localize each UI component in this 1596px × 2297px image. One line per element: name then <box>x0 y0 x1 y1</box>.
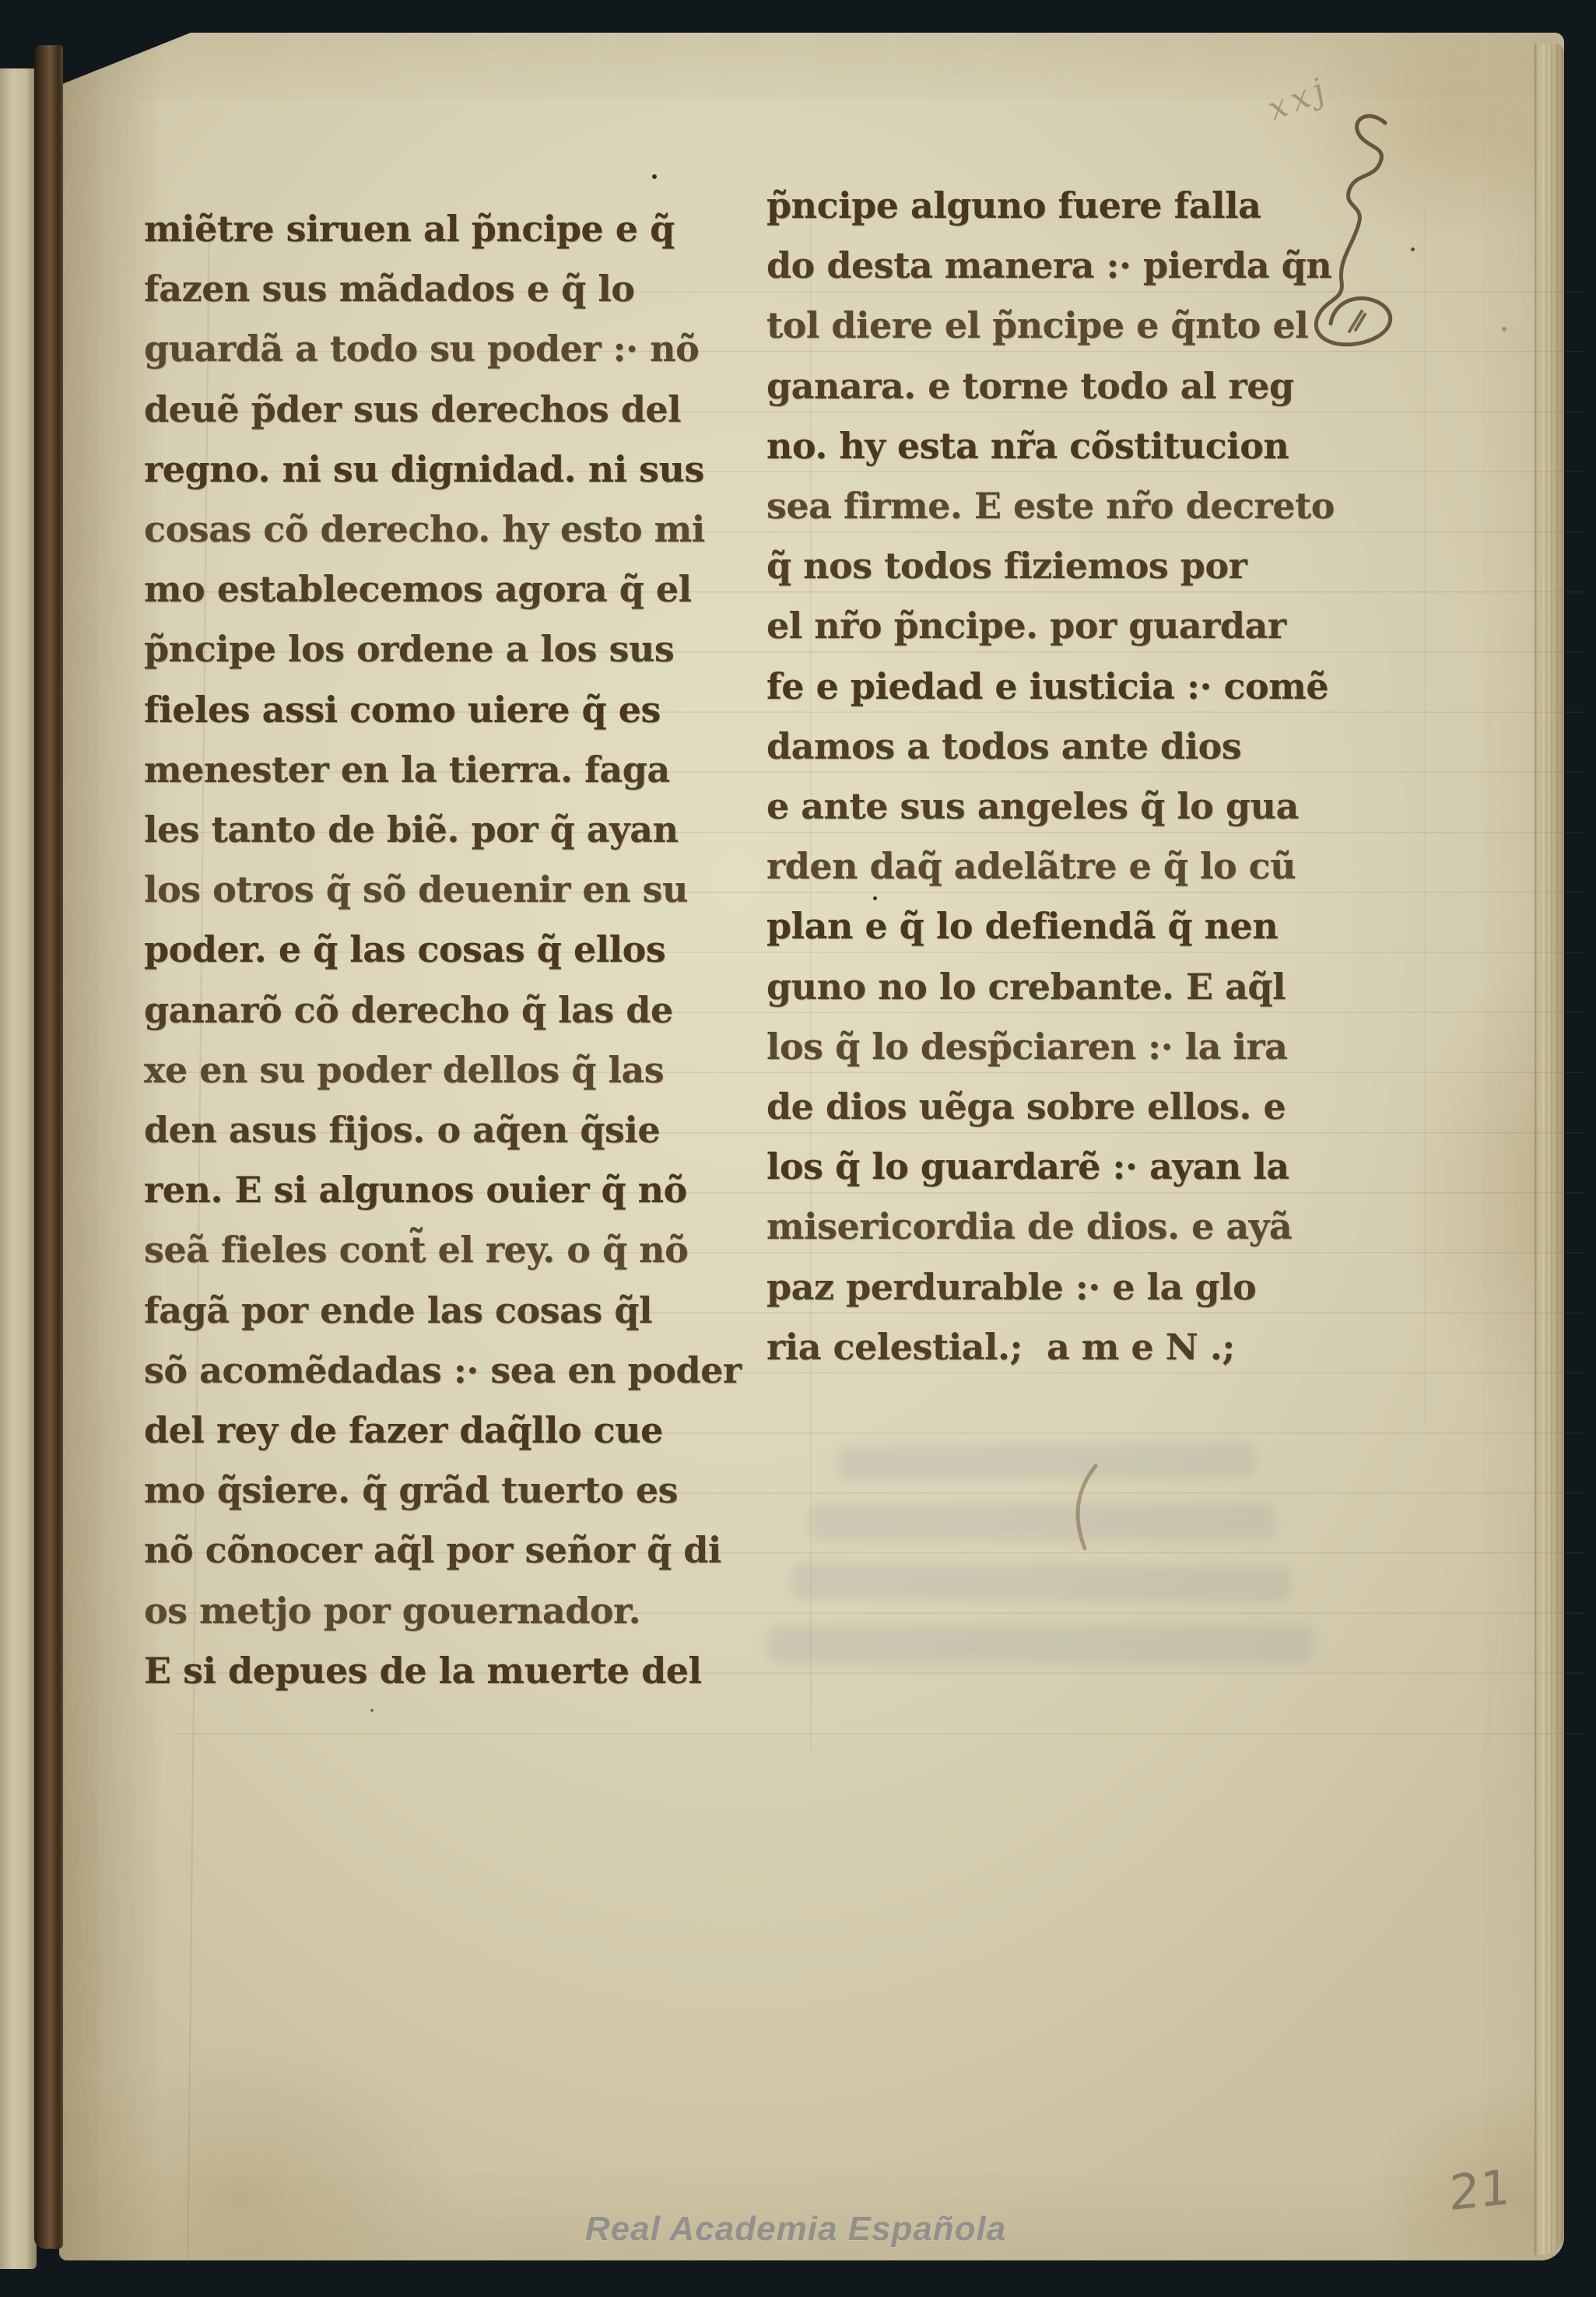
manuscript-line: deuẽ p̃der sus derechos del <box>144 380 712 440</box>
manuscript-line: los q̃ lo guardarẽ :· ayan la <box>766 1137 1366 1197</box>
manuscript-line: ren. E si algunos ouier q̃ nõ <box>144 1160 712 1220</box>
manuscript-line: fagã por ende las cosas q̃l <box>144 1281 712 1341</box>
manuscript-line: regno. ni su dignidad. ni sus <box>144 440 712 500</box>
manuscript-line: damos a todos ante dios <box>766 717 1366 777</box>
manuscript-line: les tanto de biẽ. por q̃ ayan <box>144 800 712 860</box>
manuscript-line: plan e q̃ lo defiendã q̃ nen <box>766 896 1366 956</box>
ruling-vertical-line <box>1424 210 1426 1424</box>
ink-speck <box>873 896 877 900</box>
manuscript-line: rden daq̃ adelãtre e q̃ lo cũ <box>766 836 1366 896</box>
manuscript-line: no. hy esta nr̃a cõstitucion <box>766 416 1366 476</box>
ink-speck <box>370 1709 374 1712</box>
manuscript-line: q̃ nos todos fiziemos por <box>766 536 1366 596</box>
manuscript-line: sea firme. E este nr̃o decreto <box>766 476 1366 536</box>
manuscript-line: seã fieles cont̃ el rey. o q̃ nõ <box>144 1220 712 1280</box>
ink-speck <box>1411 247 1415 251</box>
manuscript-line: del rey de fazer daq̃llo cue <box>144 1401 712 1461</box>
manuscript-line: el nr̃o p̃ncipe. por guardar <box>766 596 1366 656</box>
manuscript-line: os metjo por gouernador. <box>144 1581 712 1641</box>
manuscript-line: xe en su poder dellos q̃ las <box>144 1040 712 1100</box>
manuscript-line: p̃ncipe los ordene a los sus <box>144 619 712 679</box>
notarial-flourish <box>1298 106 1422 363</box>
manuscript-line: ganara. e torne todo al reg <box>766 356 1366 416</box>
showthrough-text <box>766 1625 1315 1664</box>
manuscript-line: menester en la tierra. faga <box>144 740 712 800</box>
institution-watermark: Real Academia Española <box>585 2210 1006 2249</box>
showthrough-text <box>790 1562 1292 1604</box>
ink-speck <box>1502 327 1507 331</box>
manuscript-line: mo q̃siere. q̃ grãd tuerto es <box>144 1461 712 1520</box>
manuscript-line: guardã a todo su poder :· nõ <box>144 319 712 379</box>
manuscript-line: misericordia de dios. e ayã <box>766 1197 1366 1257</box>
manuscript-line: den asus fijos. o aq̃en q̃sie <box>144 1100 712 1160</box>
manuscript-line: fe e piedad e iusticia :· comẽ <box>766 657 1366 717</box>
ink-speck <box>652 174 657 179</box>
manuscript-line: p̃ncipe alguno fuere falla <box>766 176 1366 236</box>
manuscript-line: fazen sus mãdados e q̃ lo <box>144 259 712 319</box>
text-column-left: miẽtre siruen al p̃ncipe e q̃fazen sus m… <box>144 199 712 1701</box>
manuscript-line: tol diere el p̃ncipe e q̃nto el <box>766 296 1366 356</box>
manuscript-line: poder. e q̃ las cosas q̃ ellos <box>144 920 712 980</box>
manuscript-line: nõ cõnocer aq̃l por señor q̃ di <box>144 1520 712 1580</box>
manuscript-line: los otros q̃ sõ deuenir en su <box>144 860 712 920</box>
manuscript-line: mo establecemos agora q̃ el <box>144 559 712 619</box>
margin-ink-stain <box>1065 1461 1111 1555</box>
text-column-right: p̃ncipe alguno fuere fallado desta maner… <box>766 176 1366 1377</box>
manuscript-line: paz perdurable :· e la glo <box>766 1257 1366 1317</box>
manuscript-line: e ante sus angeles q̃ lo gua <box>766 777 1366 836</box>
manuscript-line: ganarõ cõ derecho q̃ las de <box>144 980 712 1040</box>
showthrough-text <box>809 1503 1276 1541</box>
underlying-leaf-edge <box>0 68 37 2269</box>
showthrough-text <box>837 1443 1257 1482</box>
manuscript-photo: miẽtre siruen al p̃ncipe e q̃fazen sus m… <box>0 0 1596 2297</box>
manuscript-line: miẽtre siruen al p̃ncipe e q̃ <box>144 199 712 259</box>
manuscript-line: de dios uẽga sobre ellos. e <box>766 1077 1366 1137</box>
manuscript-line: cosas cõ derecho. hy esto mi <box>144 500 712 559</box>
binding-crease <box>34 45 63 2249</box>
manuscript-line: do desta manera :· pierda q̃n <box>766 236 1366 296</box>
manuscript-line: guno no lo crebante. E aq̃l <box>766 957 1366 1017</box>
manuscript-line: sõ acomẽdadas :· sea en poder <box>144 1341 712 1401</box>
manuscript-line: los q̃ lo desp̃ciaren :· la ira <box>766 1017 1366 1077</box>
manuscript-line: ria celestial.; a m e N .; <box>766 1317 1366 1377</box>
page-number-pencil: 21 <box>1449 2158 1510 2222</box>
manuscript-line: fieles assi como uiere q̃ es <box>144 680 712 740</box>
manuscript-line: E si depues de la muerte del <box>144 1641 712 1701</box>
